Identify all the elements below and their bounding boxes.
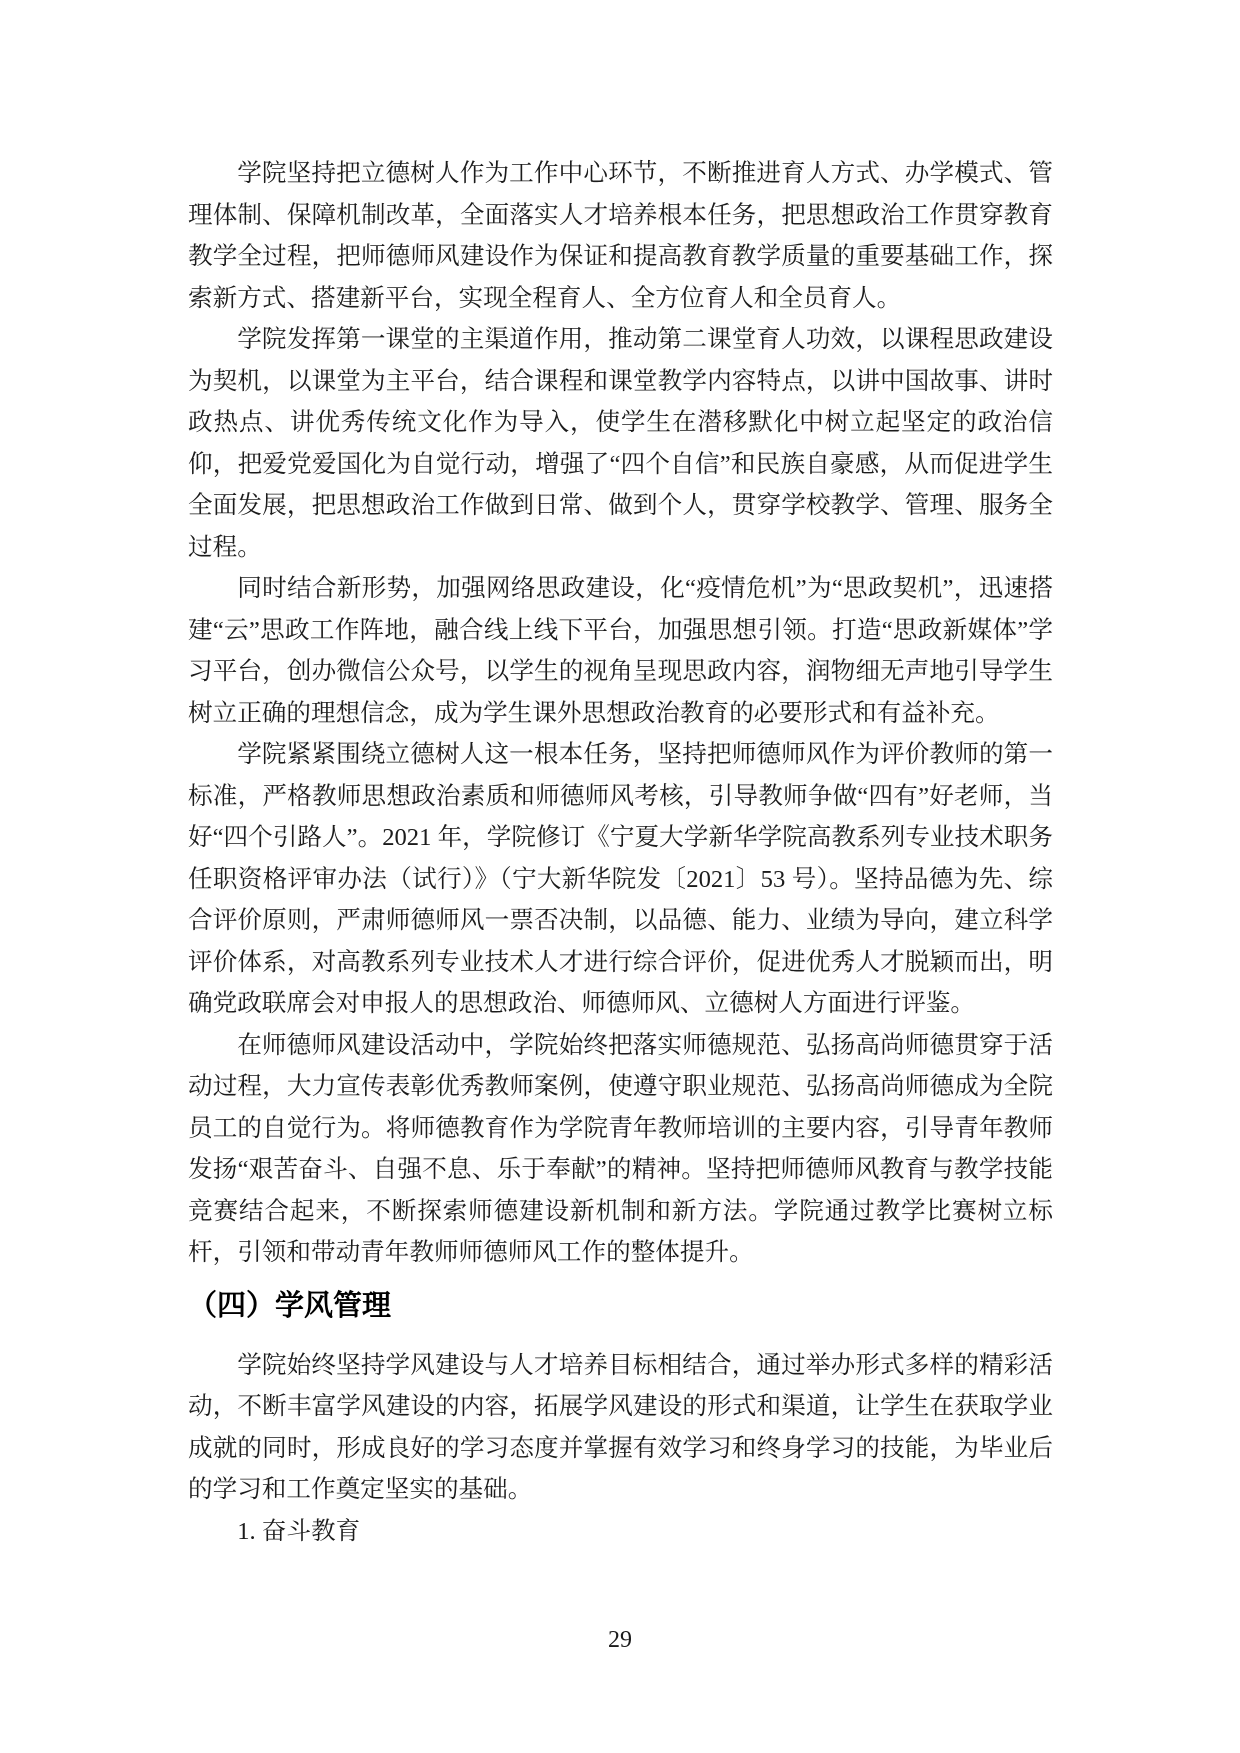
paragraph-first-classroom: 学院发挥第一课堂的主渠道作用，推动第二课堂育人功效，以课程思政建设为契机，以课堂… (188, 319, 1053, 568)
document-body: 学院坚持把立德树人作为工作中心环节，不断推进育人方式、办学模式、管理体制、保障机… (188, 153, 1053, 1552)
paragraph-lide-shuren: 学院坚持把立德树人作为工作中心环节，不断推进育人方式、办学模式、管理体制、保障机… (188, 153, 1053, 319)
section-heading-xuefeng-management: （四）学风管理 (188, 1284, 1053, 1328)
paragraph-online-sizheng: 同时结合新形势，加强网络思政建设，化“疫情危机”为“思政契机”，迅速搭建“云”思… (188, 568, 1053, 734)
paragraph-xuefeng-construction: 学院始终坚持学风建设与人才培养目标相结合，通过举办形式多样的精彩活动，不断丰富学… (188, 1345, 1053, 1511)
document-page: 学院坚持把立德树人作为工作中心环节，不断推进育人方式、办学模式、管理体制、保障机… (0, 0, 1240, 1753)
numbered-item-fendou-education: 1. 奋斗教育 (188, 1511, 1053, 1553)
paragraph-shide-shifeng-activity: 在师德师风建设活动中，学院始终把落实师德规范、弘扬高尚师德贯穿于活动过程，大力宣… (188, 1025, 1053, 1274)
paragraph-teacher-evaluation: 学院紧紧围绕立德树人这一根本任务，坚持把师德师风作为评价教师的第一标准，严格教师… (188, 734, 1053, 1025)
page-number: 29 (0, 1626, 1240, 1654)
